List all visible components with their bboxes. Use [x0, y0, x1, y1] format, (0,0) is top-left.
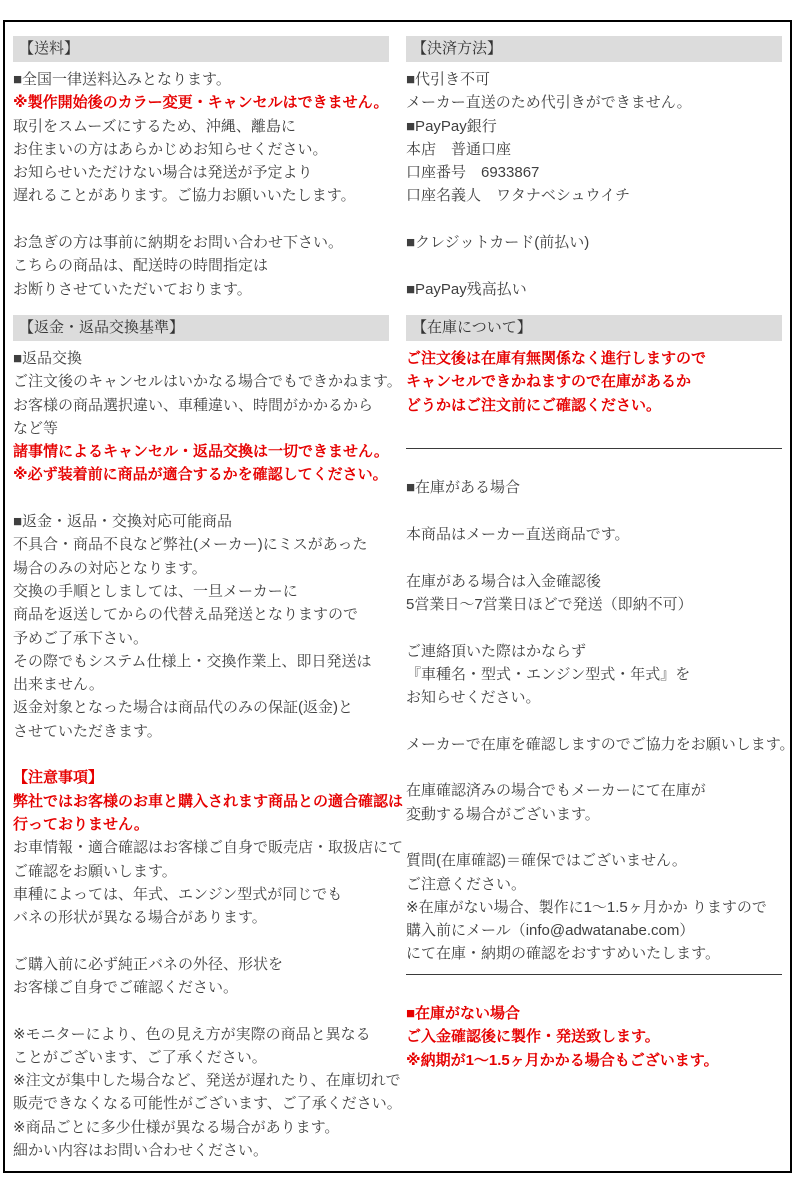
- right-column: 【決済方法】■代引き不可メーカー直送のため代引きができません。■PayPay銀行…: [406, 36, 782, 1163]
- divider-line: [406, 974, 782, 975]
- text-line: 出来ません。: [13, 673, 389, 696]
- text-line: 遅れることがあります。ご協力お願いいたします。: [13, 184, 389, 207]
- text-line: 在庫確認済みの場合でもメーカーにて在庫が: [406, 779, 782, 802]
- spacer: [13, 999, 389, 1022]
- spacer: [13, 743, 389, 766]
- spacer: [406, 453, 782, 476]
- text-line: ご連絡頂いた際はかならず: [406, 640, 782, 663]
- text-line: 口座番号 6933867: [406, 161, 782, 184]
- spacer: [406, 616, 782, 639]
- text-line: 返金対象となった場合は商品代のみの保証(返金)と: [13, 696, 389, 719]
- policy-section: 【送料】■全国一律送料込みとなります。※製作開始後のカラー変更・キャンセルはでき…: [13, 36, 389, 301]
- spacer: [406, 546, 782, 569]
- text-line: ■代引き不可: [406, 68, 782, 91]
- text-line: ご注文後は在庫有無関係なく進行しますので: [406, 347, 782, 370]
- text-line: キャンセルできかねますので在庫があるか: [406, 370, 782, 393]
- spacer: [406, 756, 782, 779]
- text-line: お知らせいただけない場合は発送が予定より: [13, 161, 389, 184]
- text-line: 交換の手順としましては、一旦メーカーに: [13, 580, 389, 603]
- spacer: [13, 487, 389, 510]
- text-line: その際でもシステム仕様上・交換作業上、即日発送は: [13, 650, 389, 673]
- text-line: お知らせください。: [406, 686, 782, 709]
- text-line: 予めご了承下さい。: [13, 627, 389, 650]
- text-line: ■在庫がない場合: [406, 1002, 782, 1025]
- text-line: 在庫がある場合は入金確認後: [406, 570, 782, 593]
- text-line: 不具合・商品不良など弊社(メーカー)にミスがあった: [13, 533, 389, 556]
- text-line: お車情報・適合確認はお客様ご自身で販売店・取扱店にて: [13, 836, 389, 859]
- spacer: [406, 254, 782, 277]
- spacer: [406, 208, 782, 231]
- text-line: 弊社ではお客様のお車と購入されます商品との適合確認は: [13, 790, 389, 813]
- text-line: バネの形状が異なる場合があります。: [13, 906, 389, 929]
- text-line: ■返品交換: [13, 347, 389, 370]
- section-header: 【在庫について】: [406, 315, 782, 341]
- spacer: [406, 709, 782, 732]
- text-line: ことがございます、ご了承ください。: [13, 1046, 389, 1069]
- text-line: ※在庫がない場合、製作に1〜1.5ヶ月かか りますので: [406, 896, 782, 919]
- text-line: メーカー直送のため代引きができません。: [406, 91, 782, 114]
- section-header: 【決済方法】: [406, 36, 782, 62]
- text-line: 変動する場合がございます。: [406, 803, 782, 826]
- spacer: [13, 208, 389, 231]
- text-line: ■PayPay銀行: [406, 115, 782, 138]
- text-line: など等: [13, 417, 389, 440]
- text-line: ご注意ください。: [406, 873, 782, 896]
- text-line: 諸事情によるキャンセル・返品交換は一切できません。: [13, 440, 389, 463]
- text-line: ご確認をお願いします。: [13, 860, 389, 883]
- left-column: 【送料】■全国一律送料込みとなります。※製作開始後のカラー変更・キャンセルはでき…: [13, 36, 389, 1163]
- policy-section: 【決済方法】■代引き不可メーカー直送のため代引きができません。■PayPay銀行…: [406, 36, 782, 301]
- spacer: [13, 929, 389, 952]
- text-line: 取引をスムーズにするため、沖縄、離島に: [13, 115, 389, 138]
- text-line: ※モニターにより、色の見え方が実際の商品と異なる: [13, 1023, 389, 1046]
- text-line: ■返金・返品・交換対応可能商品: [13, 510, 389, 533]
- text-line: ご購入前に必ず純正バネの外径、形状を: [13, 953, 389, 976]
- text-line: どうかはご注文前にご確認ください。: [406, 394, 782, 417]
- text-line: 5営業日〜7営業日ほどで発送（即納不可）: [406, 593, 782, 616]
- section-header: 【送料】: [13, 36, 389, 62]
- text-line: 車種によっては、年式、エンジン型式が同じでも: [13, 883, 389, 906]
- text-line: ■クレジットカード(前払い): [406, 231, 782, 254]
- text-line: お客様の商品選択違い、車種違い、時間がかかるから: [13, 394, 389, 417]
- text-line: お断りさせていただいております。: [13, 278, 389, 301]
- text-line: ■在庫がある場合: [406, 476, 782, 499]
- text-line: 行っておりません。: [13, 813, 389, 836]
- text-line: お急ぎの方は事前に納期をお問い合わせ下さい。: [13, 231, 389, 254]
- text-line: ※商品ごとに多少仕様が異なる場合があります。: [13, 1116, 389, 1139]
- text-line: 商品を返送してからの代替え品発送となりますので: [13, 603, 389, 626]
- text-line: ご注文後のキャンセルはいかなる場合でもできかねます。: [13, 370, 389, 393]
- policy-info-box: 【送料】■全国一律送料込みとなります。※製作開始後のカラー変更・キャンセルはでき…: [3, 20, 792, 1173]
- text-line: ※必ず装着前に商品が適合するかを確認してください。: [13, 463, 389, 486]
- text-line: ※納期が1〜1.5ヶ月かかる場合もございます。: [406, 1049, 782, 1072]
- text-line: 細かい内容はお問い合わせください。: [13, 1139, 389, 1162]
- text-line: 本商品はメーカー直送商品です。: [406, 523, 782, 546]
- text-line: こちらの商品は、配送時の時間指定は: [13, 254, 389, 277]
- text-line: 質問(在庫確認)＝確保ではございません。: [406, 849, 782, 872]
- text-line: ご入金確認後に製作・発送致します。: [406, 1025, 782, 1048]
- spacer: [406, 826, 782, 849]
- divider-line: [406, 448, 782, 449]
- text-line: 【注意事項】: [13, 766, 389, 789]
- text-line: ■PayPay残高払い: [406, 278, 782, 301]
- text-line: にて在庫・納期の確認をおすすめいたします。: [406, 942, 782, 965]
- text-line: 『車種名・型式・エンジン型式・年式』を: [406, 663, 782, 686]
- policy-section: 【在庫について】ご注文後は在庫有無関係なく進行しますのでキャンセルできかねますの…: [406, 315, 782, 1072]
- text-line: お客様ご自身でご確認ください。: [13, 976, 389, 999]
- policy-section: 【返金・返品交換基準】■返品交換ご注文後のキャンセルはいかなる場合でもできかねま…: [13, 315, 389, 1162]
- text-line: ■全国一律送料込みとなります。: [13, 68, 389, 91]
- text-line: お住まいの方はあらかじめお知らせください。: [13, 138, 389, 161]
- text-line: メーカーで在庫を確認しますのでご協力をお願いします。: [406, 733, 782, 756]
- text-line: 口座名義人 ワタナベシュウイチ: [406, 184, 782, 207]
- text-line: ※注文が集中した場合など、発送が遅れたり、在庫切れで: [13, 1069, 389, 1092]
- spacer: [406, 417, 782, 440]
- text-line: 購入前にメール（info@adwatanabe.com）: [406, 919, 782, 942]
- spacer: [406, 979, 782, 1002]
- text-line: させていただきます。: [13, 720, 389, 743]
- text-line: 本店 普通口座: [406, 138, 782, 161]
- text-line: 販売できなくなる可能性がございます、ご了承ください。: [13, 1092, 389, 1115]
- spacer: [406, 500, 782, 523]
- section-header: 【返金・返品交換基準】: [13, 315, 389, 341]
- text-line: 場合のみの対応となります。: [13, 557, 389, 580]
- text-line: ※製作開始後のカラー変更・キャンセルはできません。: [13, 91, 389, 114]
